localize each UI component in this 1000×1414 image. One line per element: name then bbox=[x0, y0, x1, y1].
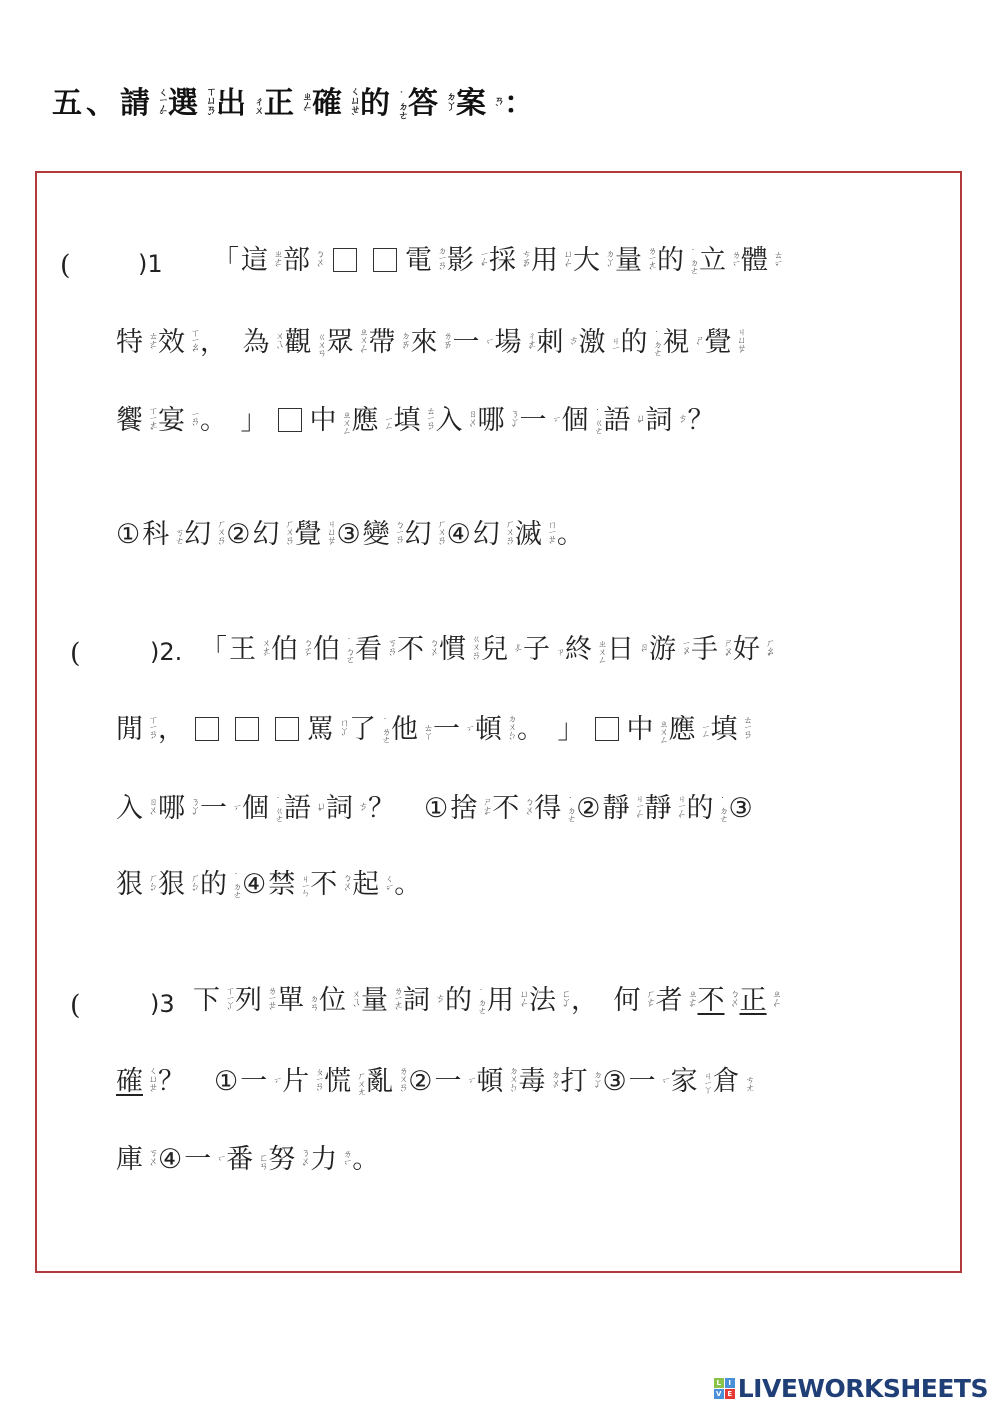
character: 列 bbox=[235, 985, 262, 1016]
bopomofo-annotation: ㄉㄨㄣˋ bbox=[503, 714, 515, 747]
bopomofo-annotation: ㄉㄞˋ bbox=[397, 331, 409, 356]
zhuyin-char: 。 」 bbox=[517, 716, 585, 743]
answer-box[interactable] bbox=[373, 248, 397, 272]
character: 正 bbox=[740, 985, 767, 1016]
bopomofo-annotation: ㄧㄥ bbox=[697, 723, 709, 737]
zhuyin-char: 場ㄔㄤˇ bbox=[495, 329, 535, 356]
bopomofo-annotation: ㄩㄥˋ bbox=[559, 249, 571, 274]
zhuyin-char: 亂ㄌㄨㄢˋ bbox=[366, 1066, 406, 1099]
character: 的 bbox=[657, 245, 684, 276]
answer-box[interactable] bbox=[195, 717, 219, 741]
character: ② bbox=[576, 793, 600, 824]
zhuyin-char: 。 bbox=[557, 521, 584, 548]
character: ③ bbox=[602, 1066, 626, 1097]
zhuyin-char: 量ㄌㄧㄤˋ bbox=[361, 986, 401, 1017]
zhuyin-char: ④ bbox=[158, 1146, 182, 1173]
logo-letter-tile: V bbox=[714, 1389, 724, 1399]
zhuyin-char: 詞ㄘˊ bbox=[403, 987, 443, 1014]
zhuyin-char: ， bbox=[571, 987, 612, 1014]
bopomofo-annotation: ㄗ bbox=[551, 647, 563, 655]
character: 量 bbox=[615, 245, 642, 276]
zhuyin-char: 請ㄑㄧㄥˇ bbox=[120, 78, 166, 122]
zhuyin-char: 一ㄧˋ bbox=[184, 1146, 224, 1173]
zhuyin-char: 一ㄧˊ bbox=[240, 1068, 280, 1095]
character: ④ bbox=[242, 869, 266, 900]
bopomofo-annotation: ㄌㄧㄤˋ bbox=[389, 986, 401, 1017]
zhuyin-char: 打ㄉㄚˇ bbox=[560, 1068, 600, 1095]
question-3-line-1: 下ㄒㄧㄚˋ列ㄌㄧㄝˋ單ㄉㄢ位ㄨㄟˋ量ㄌㄧㄤˋ詞ㄘˊ的˙ㄉㄜ用ㄩㄥˋ法ㄈㄚˇ， 何… bbox=[193, 986, 782, 1017]
bopomofo-annotation: ㄧˋ bbox=[481, 336, 493, 351]
character: 覺 bbox=[294, 519, 321, 550]
zhuyin-char: 伯ㄅㄛˊ bbox=[271, 636, 311, 663]
bopomofo-annotation: ㄌㄧㄤˋ bbox=[643, 246, 655, 277]
bopomofo-annotation: ˙ㄉㄜ bbox=[562, 797, 574, 822]
question-2-line-2: 閒ㄒㄧㄢˊ，罵ㄇㄚˋ了˙ㄌㄜ他ㄊㄚ一ㄧˊ頓ㄉㄨㄣˋ。 」中ㄓㄨㄥ應ㄧㄥ填ㄊㄧㄢˊ bbox=[116, 714, 753, 747]
zhuyin-char: 一ㄧˋ bbox=[629, 1068, 669, 1095]
zhuyin-char: 應ㄧㄥ bbox=[352, 407, 392, 434]
character: 用 bbox=[531, 245, 558, 276]
zhuyin-char: 「 bbox=[200, 636, 227, 663]
bopomofo-annotation: ˙ㄉㄜ bbox=[714, 797, 726, 822]
zhuyin-char: 捨ㄕㄜˇ bbox=[450, 795, 490, 822]
bopomofo-annotation: ㄍㄨㄢˋ bbox=[467, 634, 479, 667]
answer-box[interactable] bbox=[333, 248, 357, 272]
character: 。 bbox=[352, 1144, 379, 1175]
character: 。 bbox=[557, 519, 584, 550]
character: 打 bbox=[560, 1066, 587, 1097]
answer-paren-open: ( bbox=[70, 992, 81, 1019]
zhuyin-char: ③ bbox=[602, 1068, 626, 1095]
character: 一 bbox=[520, 405, 547, 436]
bopomofo-annotation: ㄧˊ bbox=[548, 414, 560, 429]
bopomofo-annotation: ㄒㄧㄤˇ bbox=[144, 406, 156, 437]
bopomofo-annotation: ㄐㄩㄝˊ bbox=[322, 519, 334, 552]
zhuyin-char: 滅ㄇㄧㄝˋ bbox=[515, 520, 555, 551]
character: 體 bbox=[741, 245, 768, 276]
zhuyin-char: 個˙ㄍㄜ bbox=[562, 407, 602, 434]
bopomofo-annotation: ㄉㄢ bbox=[305, 994, 317, 1010]
zhuyin-char: 詞ㄘˊ bbox=[326, 795, 366, 822]
bopomofo-annotation: ㄊㄧㄢˊ bbox=[422, 406, 434, 437]
bopomofo-annotation: ㄌㄨㄢˋ bbox=[394, 1066, 406, 1099]
zhuyin-char: 眾ㄓㄨㄥˋ bbox=[327, 327, 367, 360]
character: ② bbox=[226, 519, 250, 550]
brand-text: LIVEWORKSHEETS bbox=[738, 1374, 988, 1403]
zhuyin-char: 了˙ㄌㄜ bbox=[349, 716, 389, 743]
character: 一 bbox=[240, 1066, 267, 1097]
character: 應 bbox=[352, 405, 379, 436]
character: ， bbox=[158, 714, 185, 745]
character: 語 bbox=[604, 405, 631, 436]
bopomofo-annotation: ㄐㄩㄝˊ bbox=[733, 327, 745, 360]
zhuyin-char: ① bbox=[424, 795, 448, 822]
logo-letter-tile: I bbox=[725, 1378, 735, 1388]
zhuyin-char: 選ㄒㄩㄢˇ bbox=[168, 78, 214, 123]
zhuyin-char: ③ bbox=[728, 795, 752, 822]
character: 番 bbox=[226, 1144, 253, 1175]
bopomofo-annotation: ㄏㄣˇ bbox=[186, 873, 198, 898]
bopomofo-annotation: ㄅㄨˋ bbox=[520, 797, 532, 822]
zhuyin-char: 用ㄩㄥˋ bbox=[531, 247, 571, 274]
zhuyin-char: 正ㄓㄥˋ bbox=[740, 987, 780, 1014]
zhuyin-char: 禁ㄐㄧㄣ bbox=[268, 871, 308, 898]
zhuyin-char: 起ㄑㄧˇ bbox=[352, 871, 392, 898]
zhuyin-char: 確ㄑㄩㄝˋ bbox=[116, 1066, 156, 1099]
character: 入 bbox=[116, 793, 143, 824]
bopomofo-annotation: ㄩˇ bbox=[632, 413, 644, 430]
character: 確 bbox=[312, 86, 344, 121]
bopomofo-annotation: ˙ㄌㄜ bbox=[377, 718, 389, 743]
bopomofo-annotation: ㄉㄚˊ bbox=[441, 91, 454, 119]
bopomofo-annotation: ㄘˋ bbox=[565, 335, 577, 352]
zhuyin-char: 罵ㄇㄚˋ bbox=[307, 716, 347, 743]
character: 一 bbox=[453, 327, 480, 358]
zhuyin-char: 確ㄑㄩㄝˋ bbox=[312, 78, 358, 123]
zhuyin-char: 列ㄌㄧㄝˋ bbox=[235, 986, 275, 1017]
character: 「 bbox=[200, 634, 227, 665]
character: 伯 bbox=[271, 634, 298, 665]
character: 特 bbox=[116, 327, 143, 358]
character: 大 bbox=[573, 245, 600, 276]
character: 。 」 bbox=[517, 714, 585, 745]
character: ？ bbox=[368, 793, 422, 824]
question-3-line-2: 確ㄑㄩㄝˋ？ ①一ㄧˊ片ㄆㄧㄢˋ慌ㄏㄨㄤ亂ㄌㄨㄢˋ②一ㄧˊ頓ㄉㄨㄣˋ毒ㄉㄨˊ打ㄉ… bbox=[116, 1066, 755, 1099]
character: 立 bbox=[699, 245, 726, 276]
character: 一 bbox=[434, 1066, 461, 1097]
character: 得 bbox=[534, 793, 561, 824]
zhuyin-char: ② bbox=[576, 795, 600, 822]
character: 起 bbox=[352, 869, 379, 900]
zhuyin-char: 刺ㄘˋ bbox=[537, 329, 577, 356]
zhuyin-char: 中ㄓㄨㄥ bbox=[310, 407, 350, 434]
answer-paren-open: ( bbox=[70, 640, 81, 667]
bopomofo-annotation: ㄏㄨㄢˋ bbox=[280, 519, 292, 552]
question-number: )1 bbox=[138, 252, 163, 276]
character: 禁 bbox=[268, 869, 295, 900]
character: 片 bbox=[282, 1066, 309, 1097]
bopomofo-annotation: ㄉㄚˋ bbox=[601, 249, 613, 274]
zhuyin-char: 部ㄅㄨˋ bbox=[283, 247, 323, 274]
character: 變 bbox=[363, 519, 390, 550]
zhuyin-char: 他ㄊㄚ bbox=[391, 716, 431, 743]
bopomofo-annotation: ㄏㄠˇ bbox=[761, 638, 773, 663]
character: ④ bbox=[447, 519, 471, 550]
character: 閒 bbox=[116, 714, 143, 745]
section-title: 五、請ㄑㄧㄥˇ選ㄒㄩㄢˇ出ㄔㄨ正ㄓㄥˋ確ㄑㄩㄝˋ的˙ㄉㄜ答ㄉㄚˊ案ㄢˋ： bbox=[52, 78, 538, 123]
zhuyin-char: 努ㄋㄨˇ bbox=[268, 1146, 308, 1173]
bopomofo-annotation: ㄐㄧㄣ bbox=[296, 874, 308, 896]
bopomofo-annotation: ㄓㄨㄥ bbox=[593, 639, 605, 663]
zhuyin-char: 入ㄖㄨˋ bbox=[436, 407, 476, 434]
bopomofo-annotation: ㄏㄜˊ bbox=[642, 989, 654, 1014]
zhuyin-char: 得˙ㄉㄜ bbox=[534, 795, 574, 822]
zhuyin-char: 好ㄏㄠˇ bbox=[733, 636, 773, 663]
character: 努 bbox=[268, 1144, 295, 1175]
character: 伯 bbox=[313, 634, 340, 665]
character: 正 bbox=[264, 86, 296, 121]
character: 應 bbox=[669, 714, 696, 745]
character: 慣 bbox=[439, 634, 466, 665]
bopomofo-annotation: ㄉㄨˊ bbox=[546, 1070, 558, 1095]
character: 眾 bbox=[327, 327, 354, 358]
character: ③ bbox=[728, 793, 752, 824]
zhuyin-char: 變ㄅㄧㄢˋ bbox=[363, 520, 403, 551]
zhuyin-char: 帶ㄉㄞˋ bbox=[369, 329, 409, 356]
bopomofo-annotation: ㄢˋ bbox=[489, 95, 502, 114]
answer-box[interactable] bbox=[275, 717, 299, 741]
bopomofo-annotation: ㄧˊ bbox=[228, 802, 240, 817]
bopomofo-annotation: ㄔㄨ bbox=[249, 96, 262, 114]
bopomofo-annotation: ㄒㄧㄢˊ bbox=[144, 715, 156, 746]
bopomofo-annotation: ㄩㄥˋ bbox=[515, 989, 527, 1014]
bopomofo-annotation: ㄆㄧㄢˋ bbox=[310, 1067, 322, 1098]
zhuyin-char: 正ㄓㄥˋ bbox=[264, 78, 310, 122]
zhuyin-char: 慌ㄏㄨㄤ bbox=[324, 1068, 364, 1095]
zhuyin-char: 視ㄕˋ bbox=[663, 329, 703, 356]
character: 視 bbox=[663, 327, 690, 358]
bopomofo-annotation: ㄕˋ bbox=[691, 335, 703, 352]
character: 答 bbox=[408, 86, 440, 121]
zhuyin-char: 伯˙ㄅㄛ bbox=[313, 636, 353, 663]
zhuyin-char: 體ㄊㄧˇ bbox=[741, 247, 781, 274]
character: 靜 bbox=[644, 793, 671, 824]
zhuyin-char: 語ㄩˇ bbox=[284, 795, 324, 822]
zhuyin-char: 的˙ㄉㄜ bbox=[686, 795, 726, 822]
character: 用 bbox=[487, 985, 514, 1016]
bopomofo-annotation: ㄊㄜˋ bbox=[144, 331, 156, 356]
zhuyin-char: ： bbox=[504, 78, 536, 122]
character: 一 bbox=[184, 1144, 211, 1175]
zhuyin-char: 量ㄌㄧㄤˋ bbox=[615, 246, 655, 277]
zhuyin-char: 法ㄈㄚˇ bbox=[529, 987, 569, 1014]
character: 刺 bbox=[537, 327, 564, 358]
character: 頓 bbox=[476, 1066, 503, 1097]
character: 哪 bbox=[158, 793, 185, 824]
character: 游 bbox=[649, 634, 676, 665]
bopomofo-annotation: ㄨㄤˊ bbox=[257, 638, 269, 663]
zhuyin-char: ① bbox=[214, 1068, 238, 1095]
zhuyin-char: 一ㄧˊ bbox=[520, 407, 560, 434]
character: 的 bbox=[621, 327, 648, 358]
question-number: )3 bbox=[150, 992, 175, 1016]
bopomofo-annotation: ㄧˊ bbox=[462, 1075, 474, 1090]
bopomofo-annotation: ㄑㄧㄥˇ bbox=[153, 87, 166, 122]
bopomofo-annotation: ㄓㄥˋ bbox=[768, 989, 780, 1014]
bopomofo-annotation: ㄉㄚˇ bbox=[588, 1070, 600, 1095]
zhuyin-char: 來ㄌㄞˊ bbox=[411, 329, 451, 356]
question-2-line-3: 入ㄖㄨˋ哪ㄋㄚˇ一ㄧˊ個˙ㄍㄜ語ㄩˇ詞ㄘˊ？ ①捨ㄕㄜˇ不ㄅㄨˋ得˙ㄉㄜ②靜ㄐㄧ… bbox=[116, 794, 755, 825]
character: 了 bbox=[349, 714, 376, 745]
zhuyin-char: ④ bbox=[242, 871, 266, 898]
zhuyin-char: 一ㄧˋ bbox=[453, 329, 493, 356]
character: 出 bbox=[216, 86, 248, 121]
zhuyin-char: 立ㄌㄧˋ bbox=[699, 247, 739, 274]
zhuyin-char: 。 bbox=[394, 871, 421, 898]
zhuyin-char: 狠ㄏㄣˇ bbox=[158, 871, 198, 898]
character: ② bbox=[408, 1066, 432, 1097]
zhuyin-char: ， bbox=[200, 329, 241, 356]
character: 何 bbox=[614, 985, 641, 1016]
character: 激 bbox=[579, 327, 606, 358]
liveworksheets-logo: LIVE LIVEWORKSHEETS bbox=[714, 1374, 988, 1403]
zhuyin-char: 子ㄗ bbox=[523, 636, 563, 663]
character: 毒 bbox=[518, 1066, 545, 1097]
character: 詞 bbox=[403, 985, 430, 1016]
zhuyin-char: ？ bbox=[688, 407, 715, 434]
zhuyin-char: 特ㄊㄜˋ bbox=[116, 329, 156, 356]
bopomofo-annotation: ㄩˇ bbox=[312, 801, 324, 818]
character: 法 bbox=[529, 985, 556, 1016]
character: 他 bbox=[391, 714, 418, 745]
character: 哪 bbox=[478, 405, 505, 436]
bopomofo-annotation: ㄏㄨㄢˋ bbox=[433, 519, 445, 552]
character: 下 bbox=[193, 985, 220, 1016]
question-1-line-1: 「這ㄓㄜˋ部ㄅㄨˋ電ㄉㄧㄢˋ影ㄧㄥˇ採ㄘㄞˇ用ㄩㄥˋ大ㄉㄚˋ量ㄌㄧㄤˋ的˙ㄉㄜ立… bbox=[212, 246, 783, 277]
character: 終 bbox=[565, 634, 592, 665]
answer-box[interactable] bbox=[235, 717, 259, 741]
bopomofo-annotation: ˙ㄉㄜ bbox=[393, 91, 406, 119]
character: 、 bbox=[86, 86, 118, 121]
character: 一 bbox=[629, 1066, 656, 1097]
zhuyin-char: 激ㄐㄧ bbox=[579, 329, 619, 356]
character: ： bbox=[504, 86, 536, 121]
bopomofo-annotation: ㄔㄤˇ bbox=[523, 331, 535, 356]
zhuyin-char: 應ㄧㄥ bbox=[669, 716, 709, 743]
zhuyin-char: 科ㄎㄜ bbox=[142, 521, 182, 548]
bopomofo-annotation: ㄋㄚˇ bbox=[506, 409, 518, 434]
zhuyin-char: 入ㄖㄨˋ bbox=[116, 795, 156, 822]
bopomofo-annotation: ㄎㄜ bbox=[170, 528, 182, 544]
bopomofo-annotation: ㄧㄥˇ bbox=[475, 250, 487, 273]
zhuyin-char: 閒ㄒㄧㄢˊ bbox=[116, 715, 156, 746]
zhuyin-char: 影ㄧㄥˇ bbox=[447, 247, 487, 274]
character: 。 」 bbox=[200, 405, 268, 436]
bopomofo-annotation: ˙ㄉㄜ bbox=[473, 989, 485, 1014]
zhuyin-char: 游ㄧㄡˊ bbox=[649, 636, 689, 663]
character: 日 bbox=[607, 634, 634, 665]
zhuyin-char: 。 」 bbox=[200, 407, 268, 434]
bopomofo-annotation: ㄉㄧㄢˋ bbox=[433, 246, 445, 277]
zhuyin-char: 採ㄘㄞˇ bbox=[489, 247, 529, 274]
character: 詞 bbox=[646, 405, 673, 436]
zhuyin-char: 填ㄊㄧㄢˊ bbox=[394, 406, 434, 437]
character: 家 bbox=[671, 1066, 698, 1097]
zhuyin-char: 下ㄒㄧㄚˋ bbox=[193, 986, 233, 1017]
character: 這 bbox=[241, 245, 268, 276]
character: 中 bbox=[310, 405, 337, 436]
zhuyin-char: 倉ㄘㄤ bbox=[713, 1068, 753, 1095]
zhuyin-char: ④ bbox=[447, 521, 471, 548]
zhuyin-char: 案ㄢˋ bbox=[456, 78, 502, 122]
zhuyin-char: 頓ㄉㄨㄣˋ bbox=[476, 1066, 516, 1099]
zhuyin-char: 一ㄧˊ bbox=[434, 1068, 474, 1095]
zhuyin-char: 中ㄓㄨㄥ bbox=[627, 716, 667, 743]
bopomofo-annotation: ㄎㄢˋ bbox=[383, 638, 395, 663]
character: 「 bbox=[212, 245, 239, 276]
character: ③ bbox=[336, 519, 360, 550]
bopomofo-annotation: ㄨㄟˋ bbox=[347, 989, 359, 1014]
character: 確 bbox=[116, 1066, 143, 1097]
zhuyin-char: 覺ㄐㄩㄝˊ bbox=[705, 327, 745, 360]
bopomofo-annotation: ㄏㄣˇ bbox=[144, 873, 156, 898]
bopomofo-annotation: ㄌㄧˋ bbox=[338, 1149, 350, 1172]
character: ， bbox=[200, 327, 241, 358]
bopomofo-annotation: ㄅㄨˊ bbox=[425, 638, 437, 663]
zhuyin-char: 不ㄅㄨˋ bbox=[310, 871, 350, 898]
logo-letter-tile: E bbox=[725, 1389, 735, 1399]
bopomofo-annotation: ㄒㄧㄠˋ bbox=[186, 328, 198, 359]
zhuyin-char: 一ㄧˊ bbox=[200, 795, 240, 822]
zhuyin-char: 用ㄩㄥˋ bbox=[487, 987, 527, 1014]
bopomofo-annotation: ㄐㄧㄚ bbox=[699, 1071, 711, 1093]
character: ， bbox=[571, 985, 612, 1016]
zhuyin-char: 不ㄅㄨˋ bbox=[698, 987, 738, 1014]
zhuyin-char: 覺ㄐㄩㄝˊ bbox=[294, 519, 334, 552]
zhuyin-char: 大ㄉㄚˋ bbox=[573, 247, 613, 274]
bopomofo-annotation: ㄖㄨˋ bbox=[144, 797, 156, 822]
character: 覺 bbox=[705, 327, 732, 358]
question-number: )2. bbox=[150, 640, 182, 664]
character: ① bbox=[116, 519, 140, 550]
character: ？ bbox=[688, 405, 715, 436]
zhuyin-char: 「 bbox=[212, 247, 239, 274]
character: 的 bbox=[200, 869, 227, 900]
bopomofo-annotation: ㄖˋ bbox=[635, 642, 647, 659]
zhuyin-char: ① bbox=[116, 521, 140, 548]
bopomofo-annotation: ㄧˊ bbox=[461, 723, 473, 738]
zhuyin-char: 力ㄌㄧˋ bbox=[310, 1146, 350, 1173]
answer-box[interactable] bbox=[595, 717, 619, 741]
character: 效 bbox=[158, 327, 185, 358]
bopomofo-annotation: ˙ㄉㄜ bbox=[685, 249, 697, 274]
zhuyin-char: 出ㄔㄨ bbox=[216, 78, 262, 122]
bopomofo-annotation: ㄏㄨㄤ bbox=[352, 1071, 364, 1095]
character: 不 bbox=[698, 985, 725, 1016]
bopomofo-annotation: ㄧˋ bbox=[212, 1153, 224, 1168]
zhuyin-char: 王ㄨㄤˊ bbox=[229, 636, 269, 663]
bopomofo-annotation: ㄧㄢˋ bbox=[186, 410, 198, 433]
character: 來 bbox=[411, 327, 438, 358]
answer-paren-open: ( bbox=[60, 252, 71, 279]
character: 的 bbox=[445, 985, 472, 1016]
zhuyin-char: 的˙ㄉㄜ bbox=[360, 78, 406, 122]
zhuyin-char: 手ㄕㄡˇ bbox=[691, 636, 731, 663]
bopomofo-annotation: ㄦˊ bbox=[509, 642, 521, 659]
character: ① bbox=[424, 793, 448, 824]
bopomofo-annotation: ㄒㄩㄢˇ bbox=[201, 86, 214, 123]
answer-box[interactable] bbox=[278, 408, 302, 432]
zhuyin-char: 靜ㄐㄧㄥˋ bbox=[602, 794, 642, 825]
bopomofo-annotation: ˙ㄅㄛ bbox=[341, 638, 353, 663]
logo-letter-tile: L bbox=[714, 1378, 724, 1388]
character: 請 bbox=[120, 86, 152, 121]
zhuyin-char: 哪ㄋㄚˇ bbox=[478, 407, 518, 434]
character: 狠 bbox=[116, 869, 143, 900]
bopomofo-annotation: ㄊㄚ bbox=[419, 723, 431, 739]
bopomofo-annotation: ㄏㄨㄢˋ bbox=[212, 519, 224, 552]
zhuyin-char: ② bbox=[226, 521, 250, 548]
character: 填 bbox=[394, 405, 421, 436]
character: 的 bbox=[686, 793, 713, 824]
bopomofo-annotation: ㄓㄨㄥ bbox=[338, 410, 350, 434]
character: 案 bbox=[456, 86, 488, 121]
bopomofo-annotation: ˙ㄍㄜ bbox=[270, 797, 282, 822]
character: 幻 bbox=[252, 519, 279, 550]
bopomofo-annotation: ㄒㄧㄚˋ bbox=[221, 986, 233, 1017]
bopomofo-annotation: ㄑㄩㄝˋ bbox=[144, 1066, 156, 1099]
character: 饗 bbox=[116, 405, 143, 436]
zhuyin-char: 五 bbox=[52, 78, 84, 122]
